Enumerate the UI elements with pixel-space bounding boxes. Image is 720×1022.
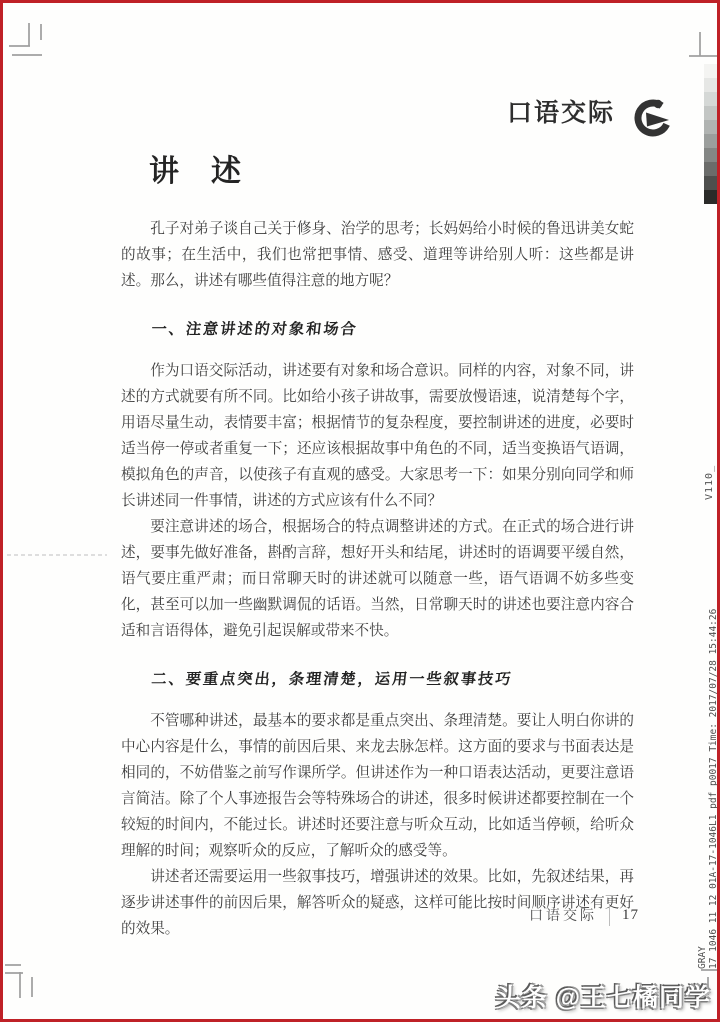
slug-file-info: 17_1046_11_12_01A-17-1046L1_pdf_p0017 Ti… (708, 609, 719, 969)
crop-mark (12, 54, 42, 56)
slug-gray-label: GRAY (697, 609, 708, 969)
crop-mark (5, 964, 21, 966)
crop-mark (9, 45, 30, 47)
page-title: 讲 述 (149, 146, 242, 190)
crop-mark (31, 977, 33, 997)
section-heading-1: 一、注意讲述的对象和场合 (120, 317, 636, 343)
crop-mark (40, 24, 42, 40)
section-heading-2: 二、要重点突出，条理清楚，运用一些叙事技巧 (120, 667, 636, 693)
watermark-text: 头条 @王七橘同学 (496, 978, 711, 1014)
scanned-textbook-page: 口语交际 讲 述 孔子对弟子谈自己关于修身、治学的思考；长妈妈给小时候的鲁迅讲美… (0, 0, 720, 1022)
version-code: V110_ (704, 465, 715, 500)
section1-paragraph-2: 要注意讲述的场合，根据场合的特点调整讲述的方式。在正式的场合进行讲述，要事先做好… (121, 514, 634, 644)
section1-paragraph-1: 作为口语交际活动，讲述要有对象和场合意识。同样的内容，对象不同，讲述的方式就要有… (121, 358, 634, 514)
unit-header-label: 口语交际 (507, 93, 615, 129)
footer-page-number: 17 (622, 907, 639, 924)
crop-mark (689, 55, 719, 57)
crop-mark (19, 972, 21, 998)
footer-divider (609, 904, 610, 926)
intro-paragraph: 孔子对弟子谈自己关于修身、治学的思考；长妈妈给小时候的鲁迅讲美女蛇的故事；在生活… (121, 216, 634, 294)
scan-artifact-line (7, 554, 107, 556)
crop-mark (699, 32, 701, 56)
section2-paragraph-1: 不管哪种讲述，最基本的要求都是重点突出、条理清楚。要让人明白你讲的中心内容是什么… (121, 708, 634, 864)
grayscale-strip (704, 64, 719, 204)
page-footer: 口语交际 17 (529, 904, 639, 926)
body-text: 孔子对弟子谈自己关于修身、治学的思考；长妈妈给小时候的鲁迅讲美女蛇的故事；在生活… (121, 216, 634, 942)
footer-section-label: 口语交际 (529, 905, 597, 925)
print-slug: GRAY 17_1046_11_12_01A-17-1046L1_pdf_p00… (697, 609, 719, 969)
crop-mark (28, 23, 30, 46)
crop-mark (701, 969, 720, 971)
section2-paragraph-2: 讲述者还需要运用一些叙事技巧，增强讲述的效果。比如，先叙述结果，再逐步讲述事件的… (121, 864, 634, 942)
oral-communication-logo-icon (631, 96, 675, 138)
